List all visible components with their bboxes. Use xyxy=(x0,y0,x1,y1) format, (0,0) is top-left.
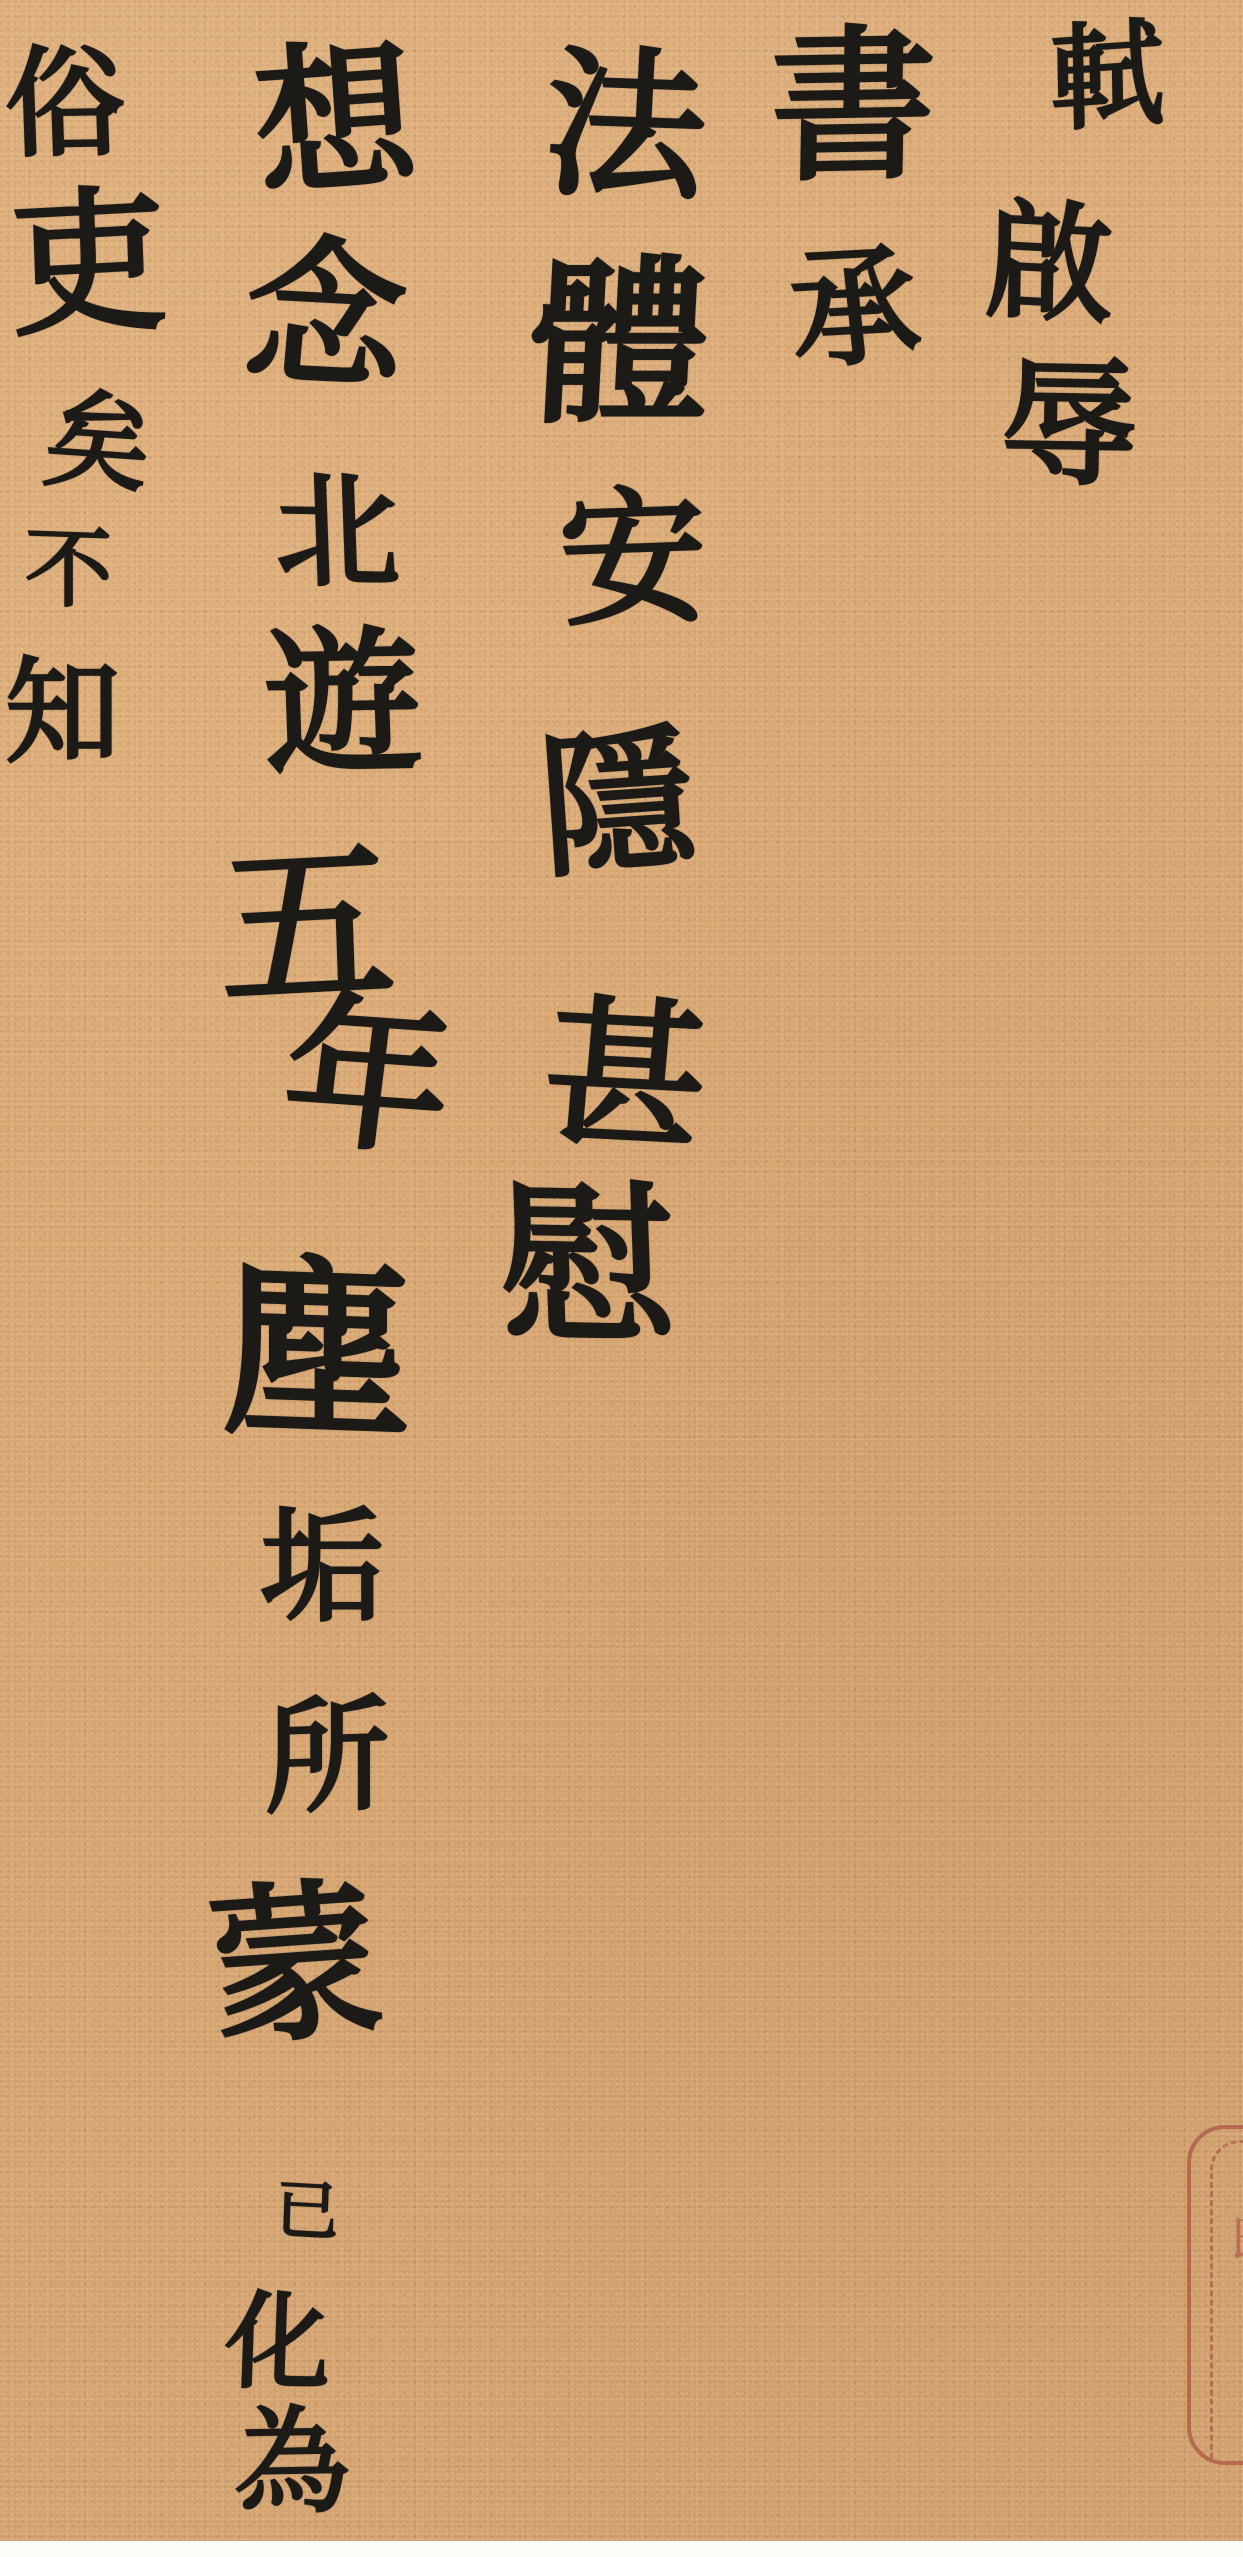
calligraphy-character: 塵 xyxy=(220,1252,413,1452)
calligraphy-character: 遊 xyxy=(262,624,424,783)
calligraphy-character: 不 xyxy=(25,523,112,614)
calligraphy-character: 垢 xyxy=(260,1505,384,1629)
calligraphy-character: 所 xyxy=(265,1693,389,1822)
calligraphy-character: 俗 xyxy=(3,44,127,166)
calligraphy-character: 體 xyxy=(525,255,714,434)
calligraphy-character: 知 xyxy=(5,655,120,770)
calligraphy-character: 軾 xyxy=(1049,16,1166,139)
calligraphy-character: 已 xyxy=(274,2178,341,2246)
calligraphy-character: 慰 xyxy=(497,1178,678,1356)
seal-stamp-text: 印 xyxy=(1216,2210,1243,2270)
bottom-margin xyxy=(0,2541,1243,2557)
calligraphy-character: 北 xyxy=(273,469,402,595)
calligraphy-character: 矣 xyxy=(39,387,157,500)
calligraphy-character: 啟 xyxy=(984,197,1115,333)
seal-stamp-inner-border xyxy=(1210,2140,1243,2460)
calligraphy-character: 吏 xyxy=(7,181,169,346)
calligraphy-character: 辱 xyxy=(999,354,1139,494)
calligraphy-character: 甚 xyxy=(538,991,713,1160)
calligraphy-character: 為 xyxy=(233,2404,352,2521)
calligraphy-character: 念 xyxy=(238,231,413,400)
calligraphy-character: 化 xyxy=(223,2289,332,2397)
calligraphy-character: 蒙 xyxy=(200,1875,391,2056)
calligraphy-character: 想 xyxy=(250,35,422,207)
calligraphy-character: 法 xyxy=(541,42,710,208)
calligraphy-character: 年 xyxy=(275,990,460,1166)
calligraphy-character: 承 xyxy=(783,242,925,377)
calligraphy-character: 書 xyxy=(769,24,937,193)
calligraphy-character: 隱 xyxy=(535,720,702,887)
calligraphy-character: 安 xyxy=(555,483,712,635)
